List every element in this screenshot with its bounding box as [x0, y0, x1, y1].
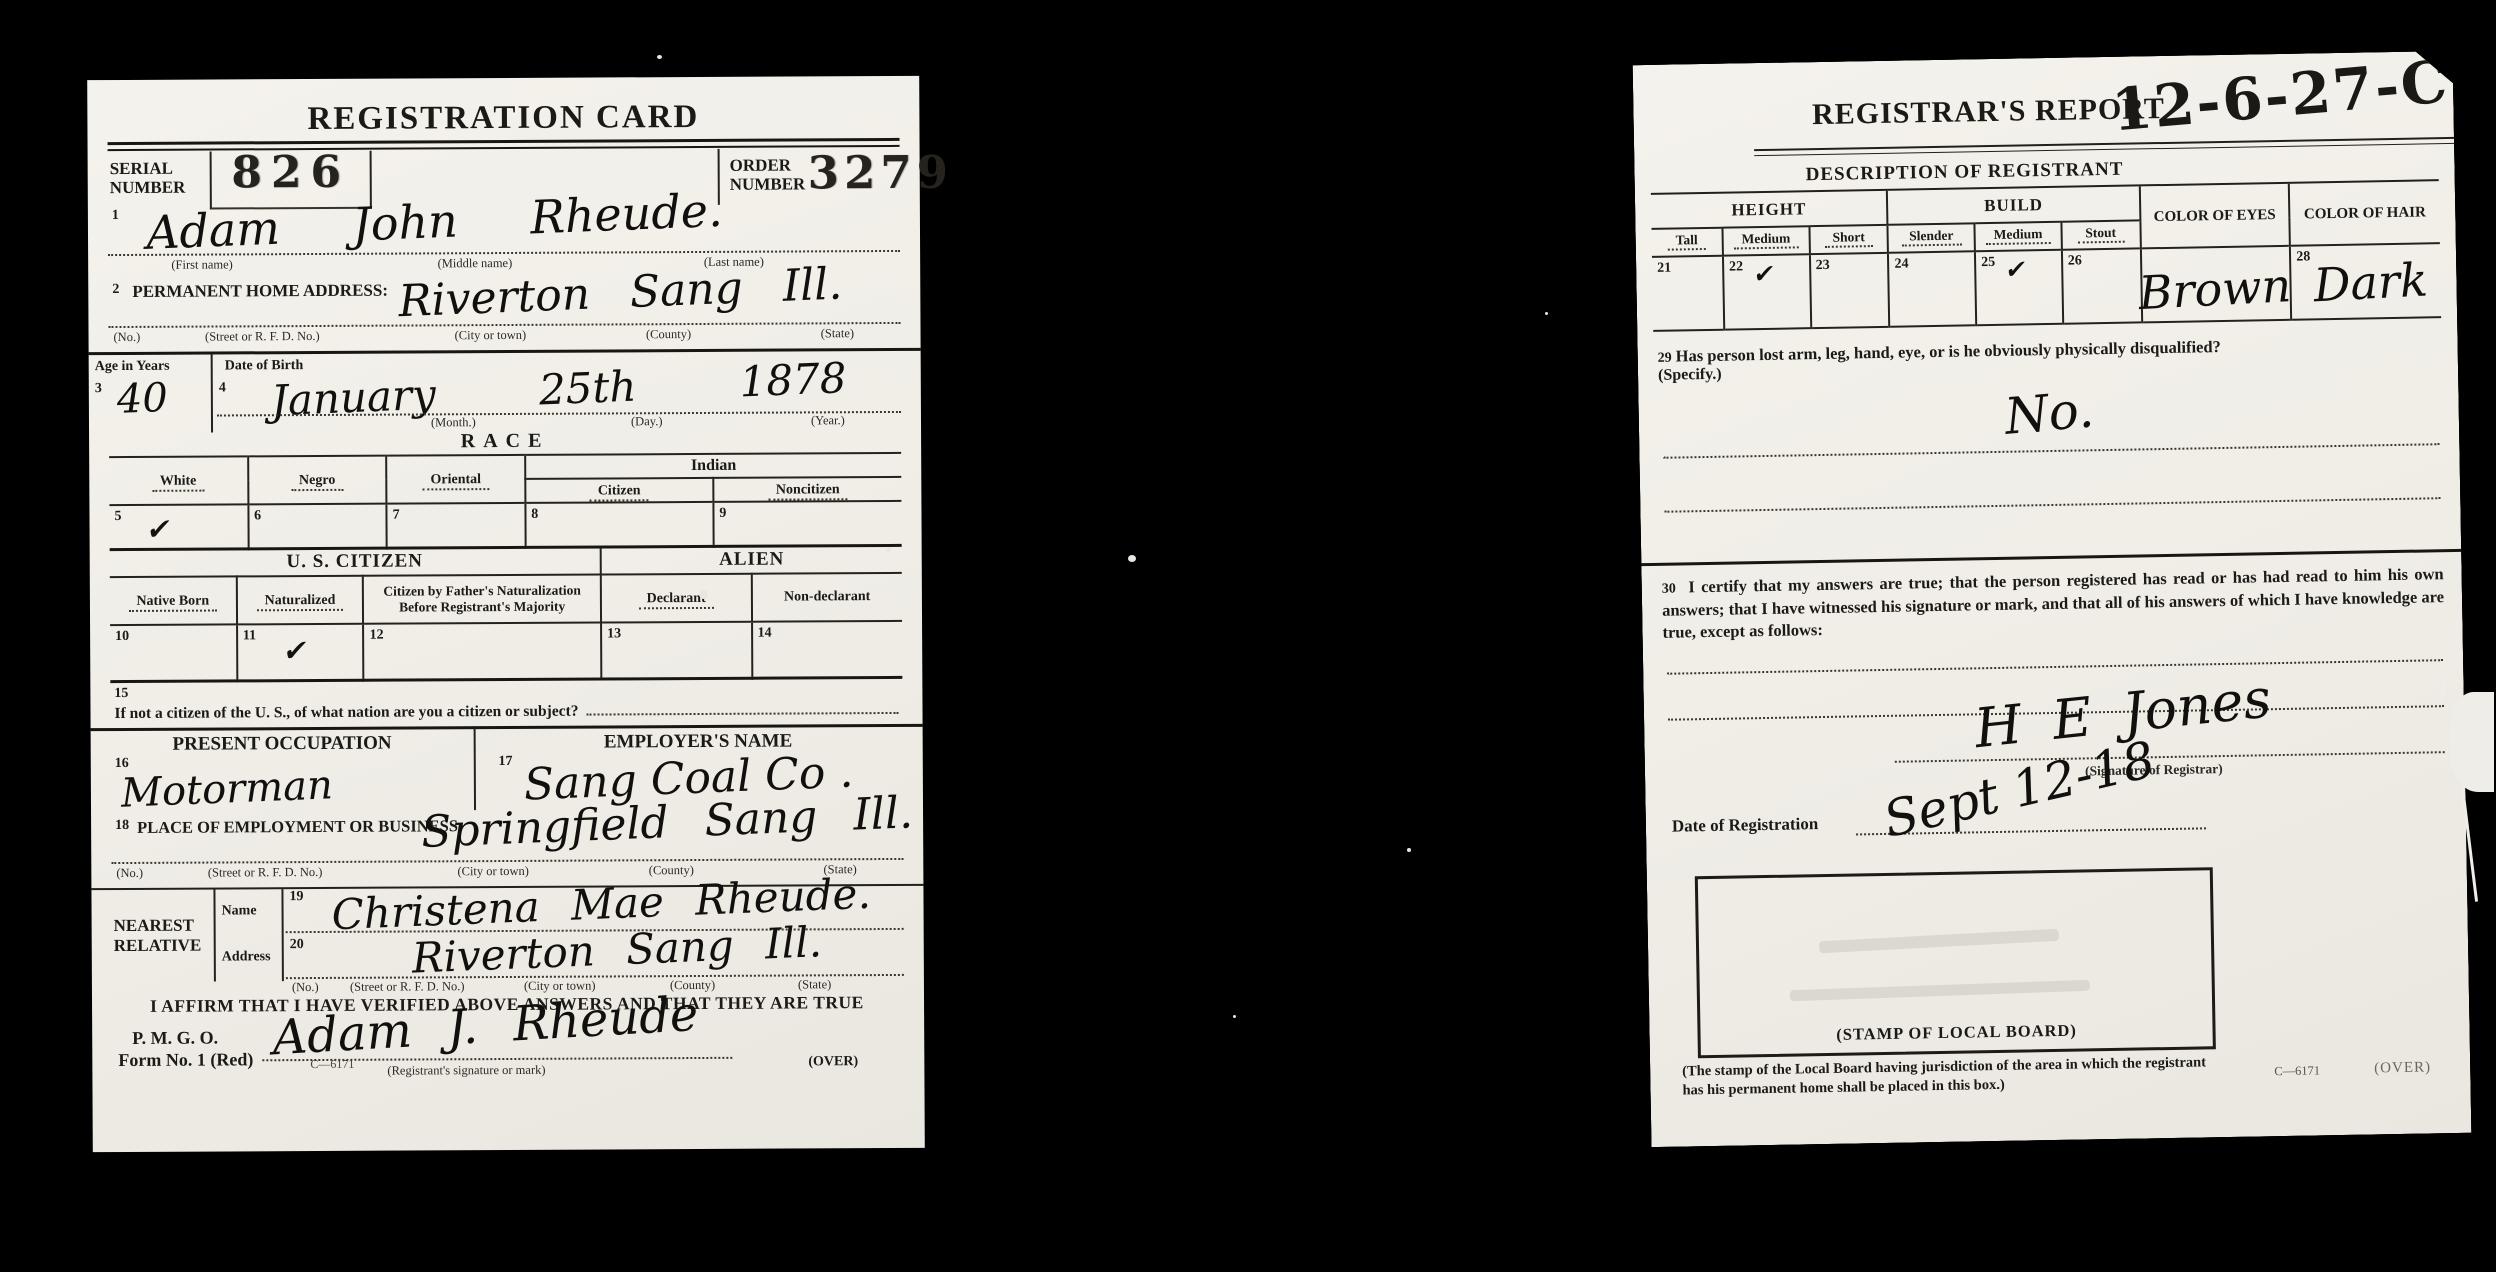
race-col-oriental: Oriental [422, 472, 489, 490]
field-sublabel: (No.) [113, 330, 140, 345]
dust-speck [1233, 1015, 1236, 1018]
race-cell-number: 5 [114, 509, 121, 525]
home-address-handwriting: Riverton Sang Ill. [398, 263, 843, 325]
dust-speck [886, 547, 891, 552]
form-number-label: Form No. 1 (Red) [118, 1049, 253, 1071]
registrant-signature-label: (Registrant's signature or mark) [387, 1063, 545, 1079]
date-stamp-value: 12-6-27-C [2109, 47, 2452, 144]
citizen-col-nondeclarant: Non-declarant [751, 573, 902, 622]
q30-text: I certify that my answers are true; that… [1662, 564, 2444, 642]
field-sublabel: (Day.) [631, 414, 663, 429]
age-label: Age in Years [95, 359, 170, 375]
dust-speck [699, 590, 708, 599]
date-stamp: 12-6-27-C [2109, 47, 2452, 144]
build-group-label: BUILD [1984, 195, 2043, 215]
race-cell-number: 7 [393, 508, 400, 524]
name-handwriting-wrap: Adam John Rheude. [146, 197, 723, 246]
hair-cell-number: 28 [2296, 249, 2310, 265]
dust-speck [1545, 312, 1548, 315]
home-address-label: PERMANENT HOME ADDRESS: [132, 281, 388, 302]
q2-number: 2 [112, 282, 119, 298]
field-sublabel: (Year.) [811, 413, 845, 428]
q15-text: If not a citizen of the U. S., of what n… [114, 703, 578, 723]
faint-stamp-mark [1819, 929, 2059, 954]
nearest-relative-block: NEAREST RELATIVE Name Address 19 Christe… [91, 884, 924, 994]
eyes-handwriting: Brown [2137, 262, 2292, 316]
field-sublabel: (State) [798, 977, 831, 992]
field-sublabel: (Street or R. F. D. No.) [208, 865, 323, 881]
color-of-eyes-label: COLOR OF EYES [2139, 184, 2290, 249]
race-cell-number: 9 [719, 506, 726, 522]
race-header: RACE [89, 428, 921, 455]
field-sublabel: (County) [646, 327, 691, 342]
form-org-label: P. M. G. O. [132, 1028, 218, 1049]
nearest-relative-label: NEAREST RELATIVE [114, 916, 210, 956]
checkmark-icon: ✔ [282, 636, 310, 666]
answer-dotted-line [1664, 497, 2440, 513]
q18-number: 18 [115, 818, 129, 834]
race-table-wrap: White Negro Oriental Indian Citizen Nonc… [109, 452, 901, 551]
height-cell-number: 22 [1729, 259, 1743, 275]
torn-paper-edge [2450, 692, 2494, 792]
citizen-cell-number: 12 [370, 628, 384, 644]
q29-number: 29 [1658, 351, 1672, 366]
stamp-box-label: (STAMP OF LOCAL BOARD) [1700, 1018, 2212, 1047]
height-col-tall: Tall [1667, 232, 1705, 251]
date-of-registration-label: Date of Registration [1672, 814, 1819, 837]
section-rule [1641, 549, 2461, 566]
over-label: (OVER) [2374, 1059, 2431, 1077]
build-col-stout: Stout [2077, 225, 2124, 244]
employment-place-handwriting-wrap: Springfield Sang Ill. [421, 800, 913, 847]
race-cell-number: 8 [531, 507, 538, 523]
registrars-report-card: REGISTRAR'S REPORT 12-6-27-C DESCRIPTION… [1633, 51, 2472, 1147]
print-code: C—6171 [2274, 1063, 2320, 1079]
race-table: White Negro Oriental Indian Citizen Nonc… [109, 452, 901, 551]
build-cell-number: 25 [1981, 255, 1995, 271]
serial-number-label: SERIAL NUMBER [110, 160, 202, 198]
age-dob-row: Age in Years 3 40 Date of Birth 4 Januar… [89, 348, 921, 433]
field-sublabel: (Month.) [431, 415, 476, 430]
field-sublabel: (No.) [116, 866, 143, 881]
citizen-table-wrap: U. S. CITIZEN ALIEN Native Born Naturali… [110, 546, 903, 683]
dob-cell: Date of Birth 4 January 25th 1878 (Month… [211, 351, 921, 433]
answer-dotted-line [1667, 659, 2443, 675]
faint-stamp-mark [1790, 980, 2090, 1001]
q29-row: 29 Has person lost arm, leg, hand, eye, … [1658, 333, 2439, 385]
serial-number-value: 826 [231, 147, 350, 199]
description-table: HEIGHT BUILD COLOR OF EYES COLOR OF HAIR… [1651, 181, 2441, 332]
checkmark-icon: ✔ [2005, 256, 2029, 282]
q30-number: 30 [1662, 582, 1676, 597]
dust-speck [1128, 555, 1136, 562]
race-col-noncitizen: Noncitizen [768, 482, 848, 500]
answer-dotted-line [1663, 443, 2439, 459]
color-of-hair-label: COLOR OF HAIR [2289, 181, 2440, 246]
race-col-citizen: Citizen [590, 483, 649, 501]
local-board-stamp-box: (STAMP OF LOCAL BOARD) [1695, 867, 2216, 1058]
checkmark-icon: ✔ [145, 515, 173, 545]
height-cell-number: 23 [1816, 258, 1830, 274]
citizen-cell-number: 11 [243, 628, 256, 644]
relative-divider-2 [281, 889, 283, 981]
age-handwriting: 40 [116, 378, 168, 420]
dust-speck [657, 55, 662, 59]
q20-number: 20 [290, 937, 304, 953]
build-cell-number: 24 [1894, 256, 1908, 272]
field-sublabel: (State) [821, 326, 854, 341]
employment-place-label: PLACE OF EMPLOYMENT OR BUSINESS: [137, 816, 463, 838]
race-col-white: White [152, 474, 205, 492]
occupation-divider [473, 726, 475, 810]
q29-answer-wrap: No. [1638, 381, 2459, 445]
stamp-box-caption: (The stamp of the Local Board having jur… [1682, 1053, 2213, 1100]
build-col-medium: Medium [1985, 226, 2050, 245]
registration-card: REGISTRATION CARD SERIAL NUMBER 826 ORDE… [87, 76, 925, 1152]
build-cell-number: 26 [2068, 253, 2082, 269]
dust-speck [1407, 848, 1411, 852]
order-number-value: 3279 [808, 146, 954, 200]
relative-divider-1 [213, 890, 215, 982]
q4-number: 4 [219, 380, 226, 396]
field-sublabel: (No.) [292, 980, 319, 995]
q15-row: 15 If not a citizen of the U. S., of wha… [114, 682, 898, 726]
home-address-handwriting-wrap: Riverton Sang Ill. [398, 270, 842, 316]
citizen-table: U. S. CITIZEN ALIEN Native Born Naturali… [110, 546, 903, 683]
citizen-col-naturalized: Naturalized [257, 593, 344, 611]
race-col-negro: Negro [291, 473, 343, 491]
citizen-col-father: Citizen by Father's Naturalization Befor… [363, 575, 601, 624]
occupation-handwriting: Motorman [120, 765, 333, 813]
us-citizen-header: U. S. CITIZEN [286, 550, 423, 572]
q17-number: 17 [498, 754, 512, 770]
checkmark-icon: ✔ [1752, 261, 1776, 287]
age-cell: Age in Years 3 40 [89, 355, 213, 434]
height-group-label: HEIGHT [1731, 199, 1806, 219]
height-col-medium: Medium [1733, 230, 1798, 249]
report-title-rule [1754, 137, 2454, 156]
field-sublabel: (Street or R. F. D. No.) [350, 979, 465, 995]
field-sublabel: (Middle name) [438, 256, 513, 271]
order-number-value-wrap: 3279 [808, 150, 953, 196]
citizen-cell-number: 14 [758, 626, 772, 642]
q29-answer-handwriting: No. [2002, 384, 2095, 442]
q19-number: 19 [289, 889, 303, 905]
alien-header: ALIEN [719, 549, 784, 570]
home-address-row: 2 PERMANENT HOME ADDRESS: Riverton Sang … [88, 274, 920, 352]
dob-handwriting-wrap: January 25th 1878 [271, 367, 847, 412]
race-cell-number: 6 [254, 508, 261, 524]
hair-handwriting: Dark [2313, 256, 2429, 308]
order-number-label: ORDER NUMBER [730, 156, 814, 194]
description-table-wrap: HEIGHT BUILD COLOR OF EYES COLOR OF HAIR… [1651, 181, 2441, 332]
build-col-slender: Slender [1901, 228, 1962, 247]
citizen-cell-number: 10 [115, 629, 129, 645]
race-col-indian: Indian [691, 457, 736, 474]
card-title: REGISTRATION CARD [87, 98, 919, 139]
field-sublabel: (City or town) [457, 864, 529, 879]
height-cell-number: 21 [1657, 261, 1671, 277]
signature-row: P. M. G. O. Form No. 1 (Red) C—6171 Adam… [92, 1016, 924, 1090]
over-label: (OVER) [808, 1054, 858, 1070]
field-sublabel: (First name) [171, 257, 233, 272]
field-sublabel: (Street or R. F. D. No.) [205, 329, 320, 345]
scanned-document-viewer: { "icons": { "check": "✔" }, "left_card"… [0, 0, 2496, 1272]
q1-number: 1 [112, 208, 119, 224]
q30-certification: 30 I certify that my answers are true; t… [1662, 563, 2445, 644]
relative-address-label: Address [222, 949, 271, 965]
citizen-col-native-born: Native Born [128, 594, 217, 612]
q15-dotted-line [586, 698, 898, 716]
citizen-cell-number: 13 [607, 626, 621, 642]
q3-number: 3 [95, 381, 102, 397]
relative-name-label: Name [222, 903, 257, 919]
field-sublabel: (City or town) [455, 328, 527, 343]
height-col-short: Short [1824, 229, 1873, 248]
